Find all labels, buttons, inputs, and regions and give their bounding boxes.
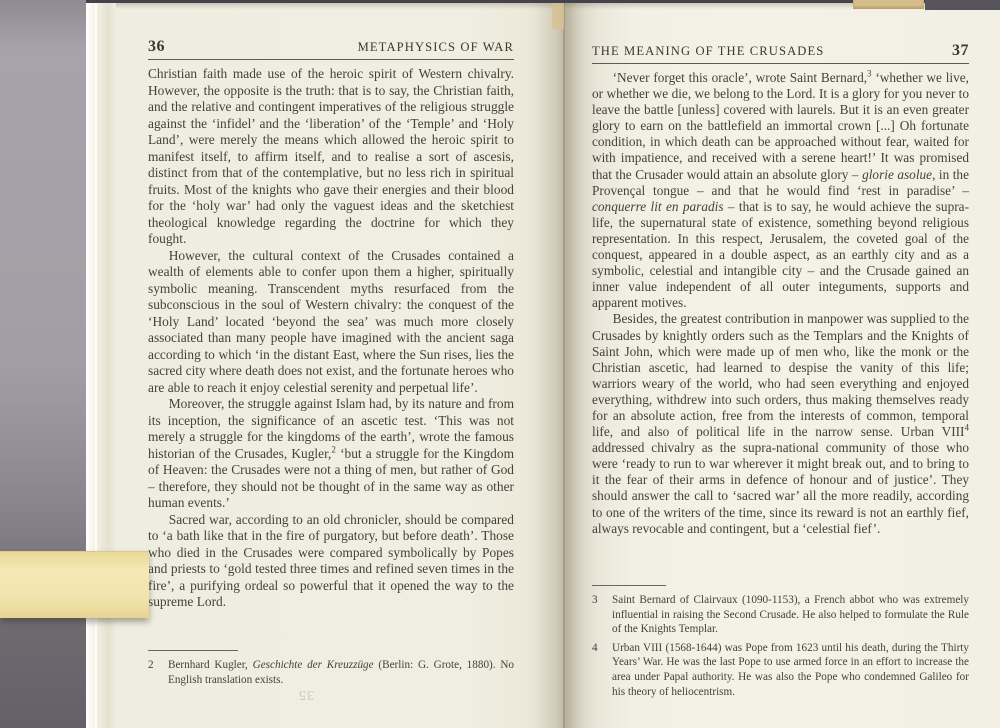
paragraph-text: ‘Never forget this oracle’, wrote Saint … (613, 70, 867, 85)
tan-bookmark-tab (853, 0, 924, 9)
paragraph-text: ‘whether we live, or whether we die, we … (592, 70, 969, 182)
paragraph-text: addressed chivalry as the supra-national… (592, 440, 969, 535)
show-through-page-number: 35 (298, 686, 314, 702)
right-page-header: THE MEANING OF THE CRUSADES 37 (592, 42, 969, 64)
footnote-divider (148, 650, 238, 651)
left-page-header: 36 METAPHYSICS OF WAR (148, 38, 514, 60)
right-page: THE MEANING OF THE CRUSADES 37 ‘Never fo… (592, 42, 969, 722)
footnote-text-part: Bernhard Kugler, (168, 659, 253, 671)
footnote-text: Urban VIII (1568-1644) was Pope from 162… (612, 641, 969, 699)
left-page: 36 METAPHYSICS OF WAR Christian faith ma… (148, 38, 514, 720)
provencal-phrase: conquerre lit en paradis (592, 199, 724, 214)
left-page-body: Christian faith made use of the heroic s… (148, 66, 514, 611)
left-running-title: METAPHYSICS OF WAR (358, 40, 514, 55)
right-page-body: ‘Never forget this oracle’, wrote Saint … (592, 70, 969, 537)
footnote-text: Bernhard Kugler, Geschichte der Kreuzzüg… (168, 658, 514, 687)
page-stack-fore-edge (86, 3, 116, 728)
footnote-2: 2 Bernhard Kugler, Geschichte der Kreuzz… (148, 658, 514, 687)
provencal-phrase: glorie asolue (862, 167, 932, 182)
paragraph-text: Besides, the greatest contribution in ma… (592, 311, 969, 439)
footnote-3: 3 Saint Bernard of Clairvaux (1090-1153)… (592, 593, 969, 637)
footnote-text: Saint Bernard of Clairvaux (1090-1153), … (612, 593, 969, 637)
gutter-tab-sliver (552, 3, 564, 29)
paragraph: However, the cultural context of the Cru… (148, 248, 514, 397)
footnote-reference-4: 4 (964, 423, 969, 433)
background-corner (925, 0, 1000, 10)
footnote-number: 3 (592, 593, 612, 637)
paragraph-text: – that is to say, he would achieve the s… (592, 199, 969, 311)
footnote-number: 2 (148, 658, 168, 687)
footnote-book-title: Geschichte der Kreuzzüge (253, 659, 374, 671)
footnote-number: 4 (592, 641, 612, 699)
right-page-number: 37 (952, 42, 969, 60)
paragraph: Besides, the greatest contribution in ma… (592, 311, 969, 536)
left-page-footnotes: 2 Bernhard Kugler, Geschichte der Kreuzz… (148, 650, 514, 691)
yellow-sticky-bookmark (0, 551, 149, 618)
paragraph: Moreover, the struggle against Islam had… (148, 396, 514, 512)
left-page-number: 36 (148, 38, 165, 56)
right-running-title: THE MEANING OF THE CRUSADES (592, 44, 824, 59)
scanned-book-spread: 36 METAPHYSICS OF WAR Christian faith ma… (0, 0, 1000, 728)
book-gutter-crease (563, 3, 565, 728)
paragraph: Sacred war, according to an old chronicl… (148, 512, 514, 611)
footnote-divider (592, 585, 666, 586)
footnote-4: 4 Urban VIII (1568-1644) was Pope from 1… (592, 641, 969, 699)
paragraph: ‘Never forget this oracle’, wrote Saint … (592, 70, 969, 311)
book-gutter-shadow (534, 3, 598, 728)
page-edge-highlight (95, 3, 97, 728)
right-page-footnotes: 3 Saint Bernard of Clairvaux (1090-1153)… (592, 585, 969, 703)
paragraph: Christian faith made use of the heroic s… (148, 66, 514, 248)
